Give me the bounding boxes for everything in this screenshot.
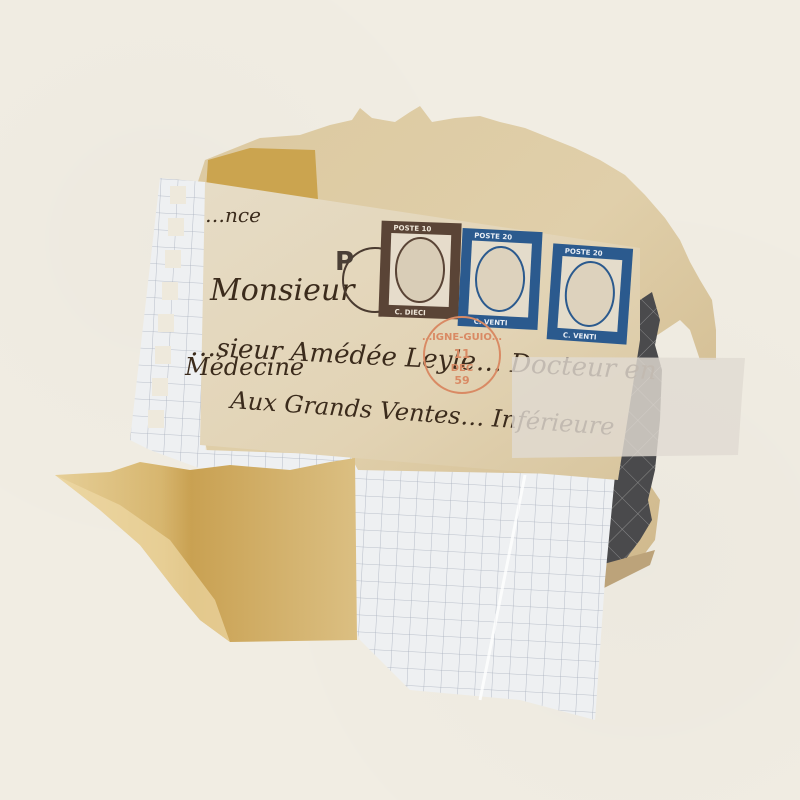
stamp-blue-2: POSTE 20 C. VENTI xyxy=(547,243,634,344)
svg-text:11: 11 xyxy=(454,347,471,361)
handwriting-line-1: …nce xyxy=(205,203,261,227)
handwriting-line-4: Médecine xyxy=(184,353,304,381)
collage-canvas: …nce Monsieur …sieur Amédée Leyle… Docte… xyxy=(0,0,800,800)
svg-text:C. DIECI: C. DIECI xyxy=(394,308,425,317)
svg-text:POSTE 10: POSTE 10 xyxy=(393,224,431,233)
stamp-brown: POSTE 10 C. DIECI xyxy=(378,221,461,320)
stamp-blue-1: POSTE 20 C. VENTI xyxy=(458,228,543,330)
handwriting-line-2: Monsieur xyxy=(209,273,356,308)
svg-text:…IGNE-GUIO…: …IGNE-GUIO… xyxy=(422,332,502,343)
masking-tape xyxy=(512,357,745,458)
postmark-letter: P xyxy=(335,247,354,277)
svg-text:DEC: DEC xyxy=(451,363,473,374)
yellow-curled-paper xyxy=(55,458,357,642)
svg-text:59: 59 xyxy=(454,374,469,387)
